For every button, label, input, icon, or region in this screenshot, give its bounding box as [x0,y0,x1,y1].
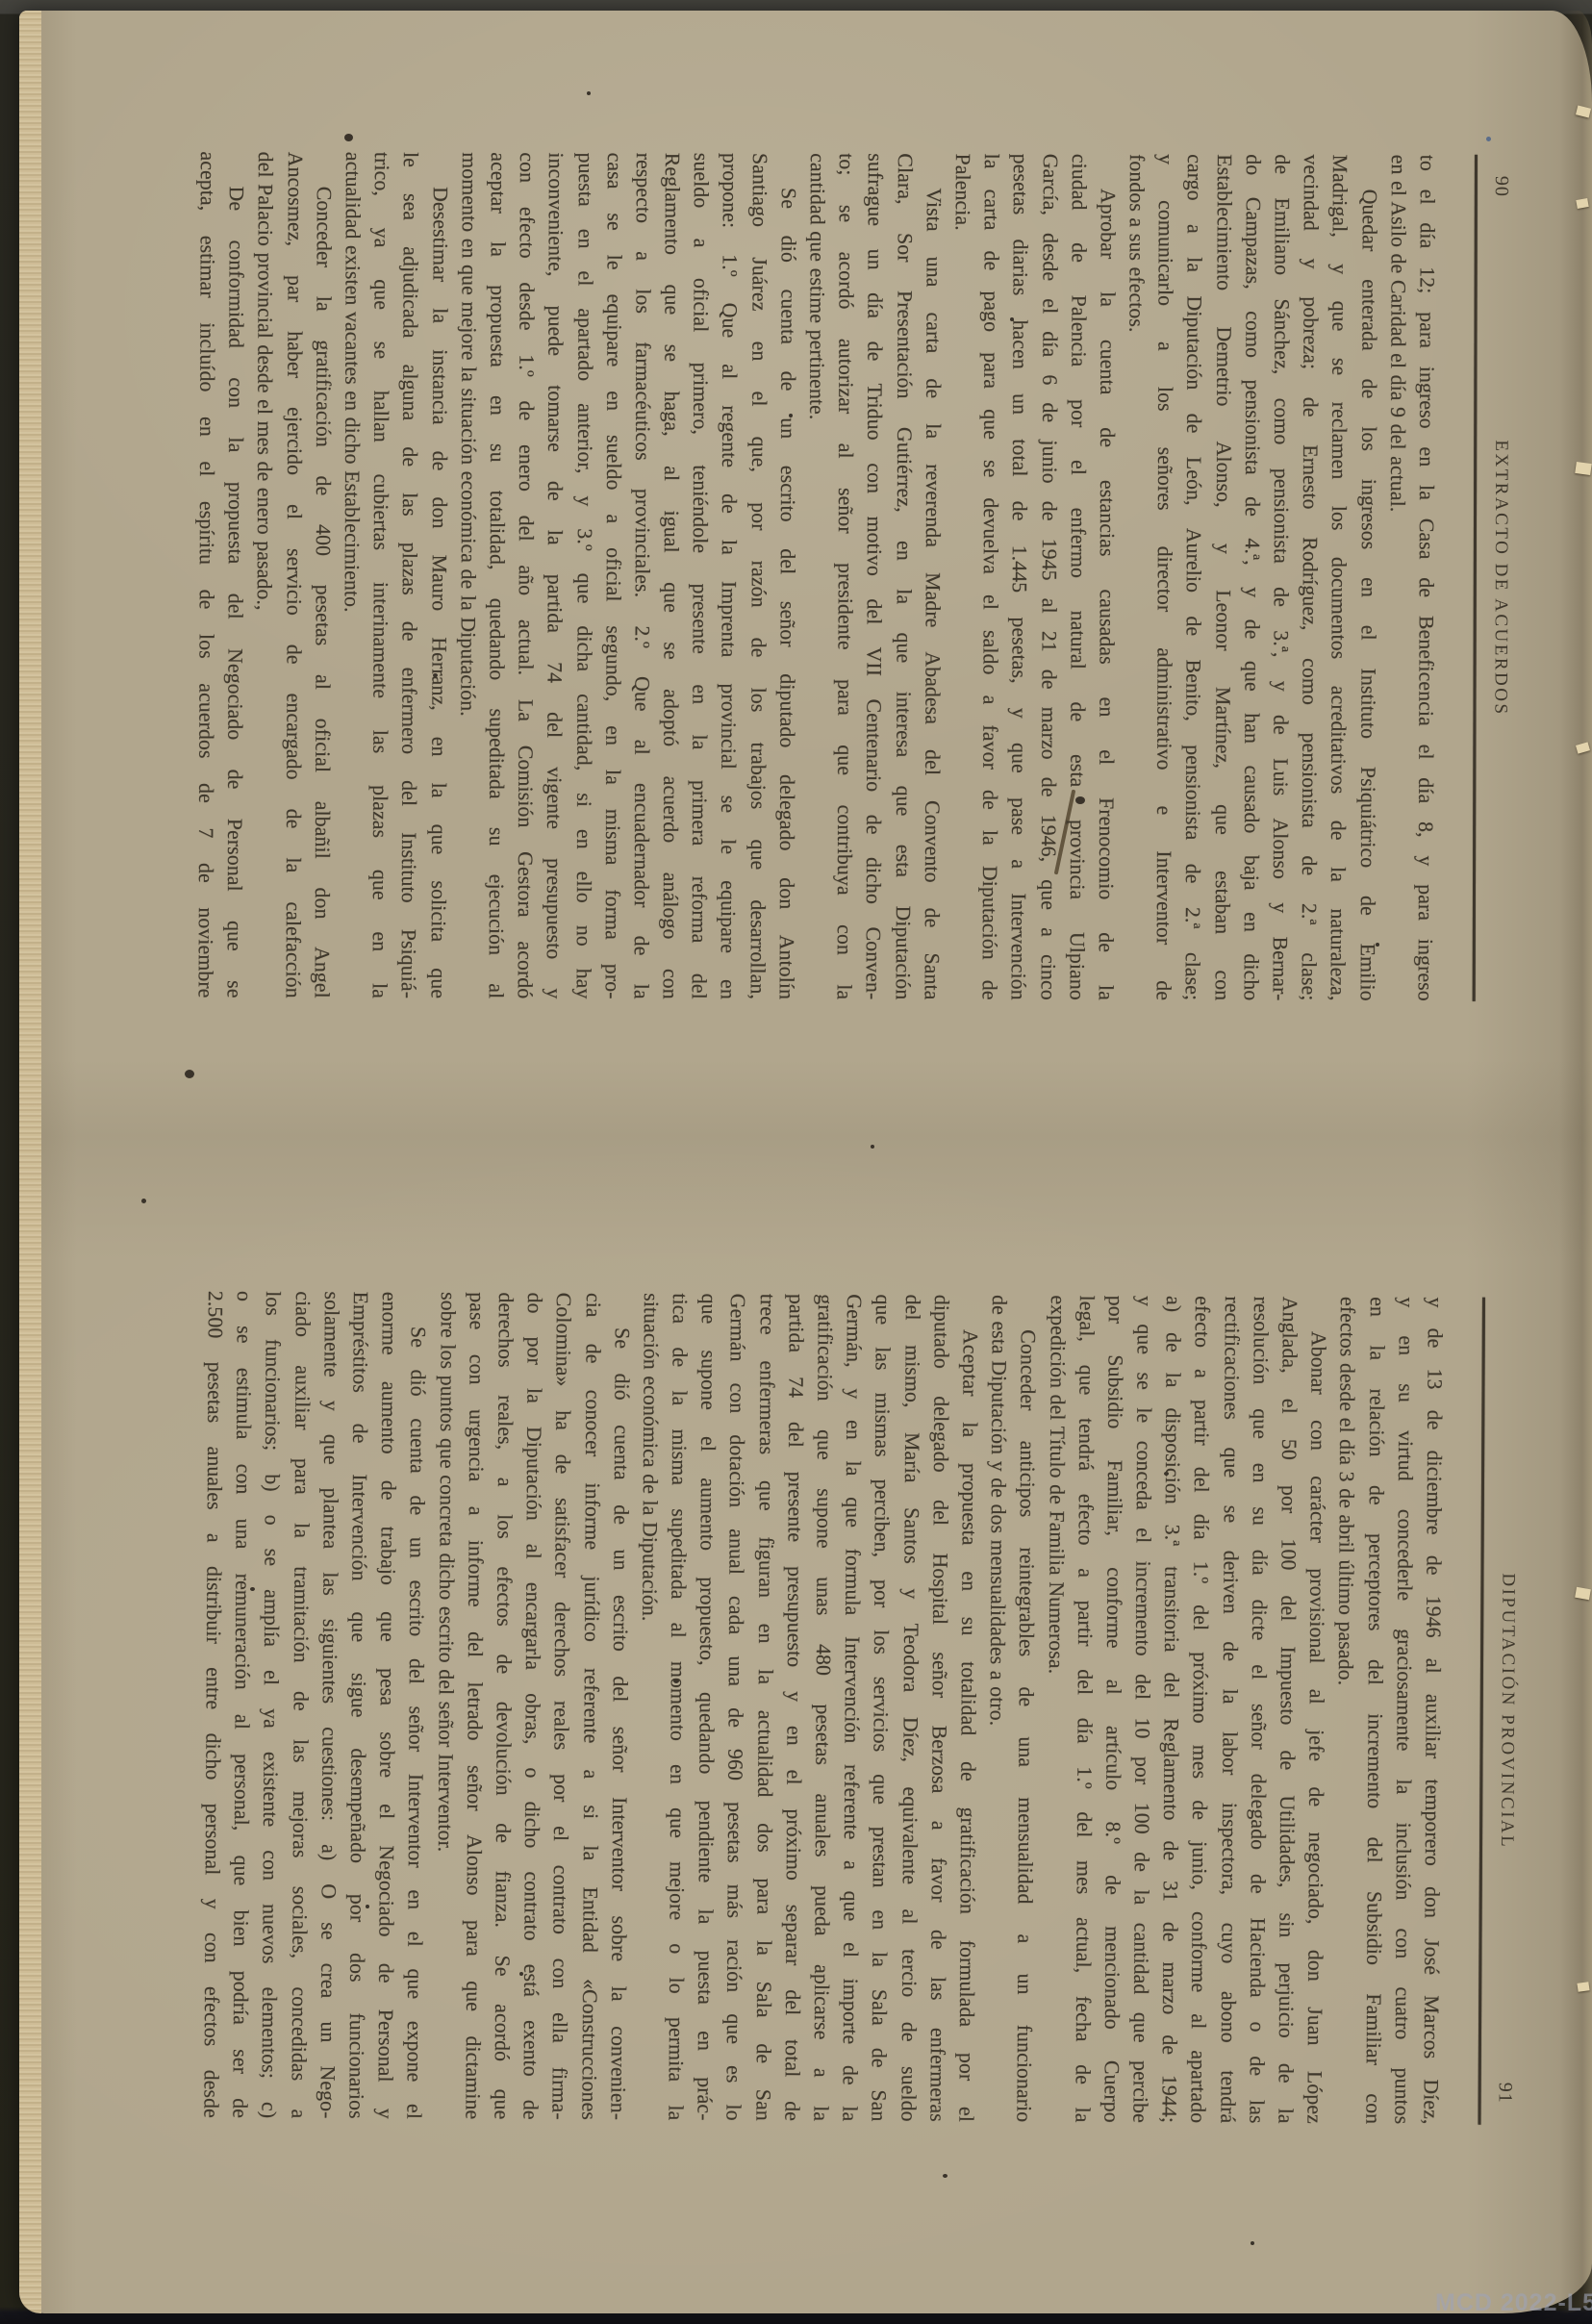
text-line: do Campazas, como pensionista de 4.ª, y … [1236,154,1267,1000]
running-title: EXTRACTO DE ACUERDOS [1489,155,1512,1001]
text-line: y en su virtud concederle graciosamente … [1387,1297,1421,2124]
text-line: Germán, y en la que formula Intervención… [836,1294,870,2121]
text-line: ciudad de Palencia por el enfermo natura… [1062,154,1093,1000]
text-line: cia de conocer informe jurídico referent… [574,1293,608,2120]
text-line: Aceptar la propuesta en su totalidad de … [951,1295,985,2122]
text-line: acepta, estimar incluído en el espíritu … [191,151,222,998]
page-number: 90 [1490,176,1512,197]
text-line: Establecimiento Demetrio Alonso, y Leono… [1207,154,1238,1000]
text-line: cargo a la Diputación de León, Aurelio d… [1178,154,1209,1000]
text-line: aceptar la propuesta en su totalidad, qu… [482,152,513,998]
text-line: del mismo, María Santos y Teodora Díez, … [894,1295,927,2122]
text-line: Desestimar la instancia de don Mauro Her… [423,152,454,998]
text-line: vecindad y pobreza; de Ernesto Rodríguez… [1295,154,1326,1000]
binding-notch [1575,1587,1591,1600]
book-fore-edge [19,11,41,2313]
header-rule [1473,155,1478,1001]
text-line: y que se le conceda el incremento del 10… [1125,1296,1159,2123]
text-line: Se dió cuenta de un escrito del señor di… [771,153,802,999]
page-number: 91 [1494,2083,1516,2104]
text-line: derechos reales, a los efectos de devolu… [487,1292,520,2119]
text-line: que las mismas perciben, por los servici… [865,1294,898,2121]
binding-notch [1577,1982,1589,1992]
header-rule [1478,1298,1485,2125]
text-line: y de 13 de diciembre de 1946 al auxiliar… [1416,1297,1450,2124]
text-line: inconveniente, puede tomarse de la parti… [540,152,570,998]
page-91: 91 DIPUTACIÓN PROVINCIAL y de 13 de dici… [121,1290,1539,2125]
text-line: casa se le equipare en sueldo a oficial … [597,152,628,998]
text-line: to; se acordó autorizar al señor preside… [830,153,861,999]
text-line: que supone el aumento propuesto, quedand… [691,1293,724,2120]
text-line: Se dió cuenta de un escrito del señor In… [400,1292,434,2119]
text-line: Aprobar la cuenta de estancias causadas … [1091,154,1122,1000]
page-90: 90 EXTRACTO DE ACUERDOS to el día 12; pa… [104,151,1520,1001]
text-line: y comunicarlo a los señores director adm… [1150,154,1180,1000]
text-line: Clara, Sor Presentación Gutiérrez, en la… [888,153,919,999]
text-line: rectificaciones que se deriven de la lab… [1213,1296,1247,2123]
text-line: Germán con dotación anual cada una de 96… [720,1294,753,2121]
text-line: con efecto desde 1.º de enero del año ac… [511,152,542,998]
text-line: to el día 12; para ingreso en la Casa de… [1411,155,1442,1001]
page-body: to el día 12; para ingreso en la Casa de… [191,151,1442,1000]
text-line: solamente y que plantea las siguientes c… [313,1291,346,2118]
text-line: respecto a los farmacéuticos provinciale… [626,153,657,999]
text-line: enorme aumento de trabajo que pesa sobre… [371,1292,405,2119]
text-line: Conceder anticipos reintegrables de una … [1010,1295,1044,2122]
text-line: sueldo a oficial primero, teniéndole pre… [685,153,716,999]
text-line: a) de la disposición 3.ª transitoria del… [1155,1296,1189,2123]
text-line: efecto a partir del día 1.º del próximo … [1184,1296,1218,2123]
text-line: diputado delegado del Hospital señor Ber… [922,1295,956,2122]
text-line: le sea adjudicada alguna de las plazas d… [394,152,425,998]
text-line: pase con urgencia a informe del letrado … [458,1292,492,2119]
text-line: Empréstitos de Intervención que sigue de… [341,1292,375,2119]
text-line: Reglamento que se haga, al igual que se … [656,153,687,999]
text-line: do por la Diputación al encargarla obras… [517,1292,550,2119]
text-line: propone: 1.º Que al regente de la Impren… [714,153,745,999]
running-head: 90 EXTRACTO DE ACUERDOS [1485,155,1512,1001]
text-line: gratificación que supone unas 480 peseta… [806,1294,840,2121]
scan-watermark: MCD 2022-L5 [1435,2289,1592,2317]
text-line: Se dió cuenta de un escrito del señor In… [603,1293,637,2120]
text-line: De conformidad con la propuesta del Nego… [220,151,251,998]
text-line: Vista una carta de la reverenda Madre Ab… [917,153,948,999]
text-line: ciado auxiliar para la tramitación de la… [284,1291,317,2118]
page-body: y de 13 de diciembre de 1946 al auxiliar… [196,1291,1450,2125]
text-line: los funcionarios; b) o se amplía el ya e… [255,1291,289,2118]
text-line: resolución que en su día dicte el señor … [1242,1296,1276,2123]
text-line: de Emiliano Sánchez, como pensionista de… [1266,154,1297,1000]
text-line: puesta en el apartado anterior, y 3.º qu… [569,152,599,998]
scanned-book-spread: 90 EXTRACTO DE ACUERDOS to el día 12; pa… [0,0,1592,2324]
text-line: por Subsidio Familiar, conforme al artíc… [1097,1296,1130,2123]
binding-notch [1575,462,1592,475]
text-line: trico, ya que se hallan cubiertas interi… [366,152,396,998]
paper-sheet: 90 EXTRACTO DE ACUERDOS to el día 12; pa… [19,11,1592,2313]
text-line: Santiago Juárez en el que, por razón de … [743,153,773,999]
running-head: 91 DIPUTACIÓN PROVINCIAL [1490,1298,1520,2125]
text-line: 2.500 pesetas anuales a distribuir entre… [196,1291,230,2118]
running-title: DIPUTACIÓN PROVINCIAL [1494,1298,1520,2125]
text-line: Ancosmez, par haber ejercido el servicio… [278,152,309,998]
text-line: sufrague un día de Triduo con motivo del… [859,153,890,999]
text-line: García, desde el día 6 de junio de 1945 … [1033,154,1064,1000]
text-line: Abonar con carácter provisional al jefe … [1301,1297,1334,2124]
text-line: Conceder la gratificación de 400 pesetas… [307,152,338,998]
text-line: pesetas diarias hacen un total de 1.445 … [1004,154,1035,1000]
text-line: o se estimula con una remuneración al pe… [226,1291,260,2118]
text-line: partida 74 del presente presupuesto y en… [777,1294,811,2121]
text-line: Quedar enterada de los ingresos en el In… [1352,155,1383,1001]
text-line: la carta de pago para que se devuelva el… [975,154,1006,1000]
text-line: legal, que tendrá efecto a partir del dí… [1068,1295,1101,2122]
text-line: tica de la misma supeditada al momento e… [661,1293,695,2120]
text-line: trece enfermeras que figuran en la actua… [748,1294,782,2121]
text-line: Madrigal, y que se reclamen los document… [1324,154,1354,1000]
page-curl-edge [1559,11,1592,2313]
text-line: Anglada, el 50 por 100 del Impuesto de U… [1271,1297,1304,2124]
text-line: Colomina» ha de satisfacer derechos real… [545,1293,579,2120]
text-line: en la relación de perceptores del increm… [1358,1297,1392,2124]
